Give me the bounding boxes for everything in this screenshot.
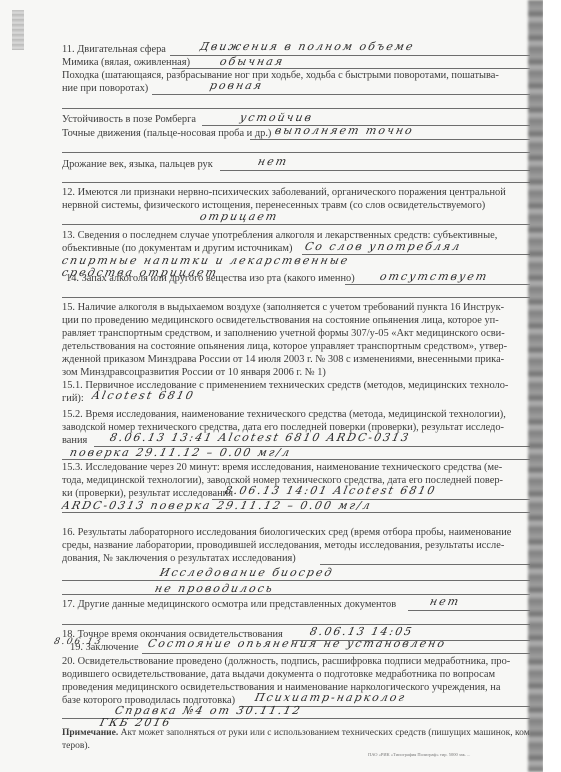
rule [345, 284, 530, 285]
drozhanie-label: Дрожание век, языка, пальцев рук [62, 159, 213, 171]
s11-title: 11. Двигательная сфера [62, 44, 166, 56]
tochnye-label: Точные движения (пальце-носовая проба и … [62, 128, 271, 140]
s17-line: 17. Другие данные медицинского осмотра и… [62, 599, 396, 611]
rule [62, 224, 530, 225]
rule [220, 170, 530, 171]
rule [62, 182, 530, 183]
handwritten-s16-1: Исследование биосред [159, 566, 335, 579]
pokhodka-label-2: ние при поворотах) [62, 83, 148, 95]
handwritten-drozhanie: нет [257, 155, 290, 168]
romberg-label: Устойчивость в позе Ромберга [62, 114, 196, 126]
handwritten-s15-3-2: ARDC-0313 поверка 29.11.12 – 0.00 мг/л [61, 499, 532, 512]
rule [408, 610, 530, 611]
s15-line-2: ции по проведению медицинского освидетел… [62, 315, 530, 327]
handwritten-s20-1: Психиатр-нарколог [254, 691, 532, 704]
handwritten-s15-1: Alcotest 6810 [91, 389, 196, 402]
rule [62, 108, 530, 109]
s16-line-2: среды, название лаборатории, проводившей… [62, 540, 530, 552]
s15-1-line-2: гий): [62, 393, 84, 405]
handwritten-s11: Движения в полном объеме [199, 40, 416, 53]
handwritten-s15-2-1: 8.06.13 13:41 Alcotest 6810 ARDC-0313 [109, 431, 532, 444]
scanned-form-page: 11. Двигательная сфера Движения в полном… [0, 0, 561, 772]
handwritten-mimika: обычная [219, 55, 286, 68]
s15-line-1: 15. Наличие алкоголя в выдыхаемом воздух… [62, 302, 530, 314]
s15-3-line-1: 15.3. Исследование через 20 минут: время… [62, 462, 530, 474]
rule [62, 297, 530, 298]
s20-line-1: 20. Освидетельствование проведено (должн… [62, 656, 530, 668]
s12-line-1: 12. Имеются ли признаки нервно-психическ… [62, 187, 530, 199]
s15-2-line-1: 15.2. Время исследования, наименование т… [62, 409, 530, 421]
s16-line-3: дования, № заключения о результатах иссл… [62, 553, 296, 565]
note-label: Примечание. [62, 728, 118, 738]
handwritten-s15-3-1: 8.06.13 14:01 Alcotest 6810 [224, 484, 532, 497]
s20-line-2: водившего освидетельствование, дата выда… [62, 669, 530, 681]
handwritten-s19: Состояние опьянения не установлено [147, 637, 532, 650]
rule [62, 624, 530, 625]
handwritten-s20-2: Справка №4 от 30.11.12 [114, 704, 532, 717]
handwritten-pokhodka: ровная [209, 79, 265, 92]
rule [172, 68, 530, 69]
mimika-label: Мимика (вялая, оживленная) [62, 57, 190, 69]
rule [152, 94, 530, 95]
handwritten-romberg: устойчив [239, 111, 315, 124]
handwritten-s17: нет [429, 595, 462, 608]
handwritten-s14: отсутствует [379, 270, 490, 283]
printer-imprint: ПАО «РИК «Типография Полиграф» тир. 5000… [368, 752, 470, 757]
s16-line-1: 16. Результаты лабораторного исследовани… [62, 527, 530, 539]
scan-margin [543, 0, 561, 772]
s15-line-5: жденной приказом Минздрава России от 14 … [62, 354, 530, 366]
note-text: Акт может заполняться от руки или с испо… [118, 728, 530, 738]
handwritten-s13-1: Со слов употреблял [304, 240, 463, 253]
rule [142, 653, 530, 654]
note: Примечание. Акт может заполняться от рук… [62, 727, 530, 739]
scan-artifact-band [528, 0, 544, 772]
s15-line-6: зом Минздравсоцразвития России от 10 янв… [62, 367, 530, 379]
note-text-2: теров). [62, 740, 90, 752]
rule [250, 139, 530, 140]
scan-artifact [12, 10, 24, 50]
rule [62, 152, 530, 153]
rule [62, 459, 530, 460]
s12-line-2: нервной системы, физического истощения, … [62, 200, 530, 212]
s14-line: 14. Запах алкоголя или другого вещества … [66, 273, 355, 285]
handwritten-tochnye: выполняет точно [274, 124, 416, 137]
s15-line-4: детельствования на состояние опьянения л… [62, 341, 530, 353]
s15-line-3: равляет транспортным средством, и заполн… [62, 328, 530, 340]
rule [62, 580, 530, 581]
pokhodka-label-1: Походка (шатающаяся, разбрасывание ног п… [62, 70, 530, 82]
rule [320, 564, 530, 565]
s19-line: 19. Заключение [70, 642, 139, 654]
rule [62, 512, 530, 513]
handwritten-s15-2-2: поверка 29.11.12 – 0.00 мг/л [69, 446, 293, 459]
handwritten-s12: отрицает [199, 210, 280, 223]
